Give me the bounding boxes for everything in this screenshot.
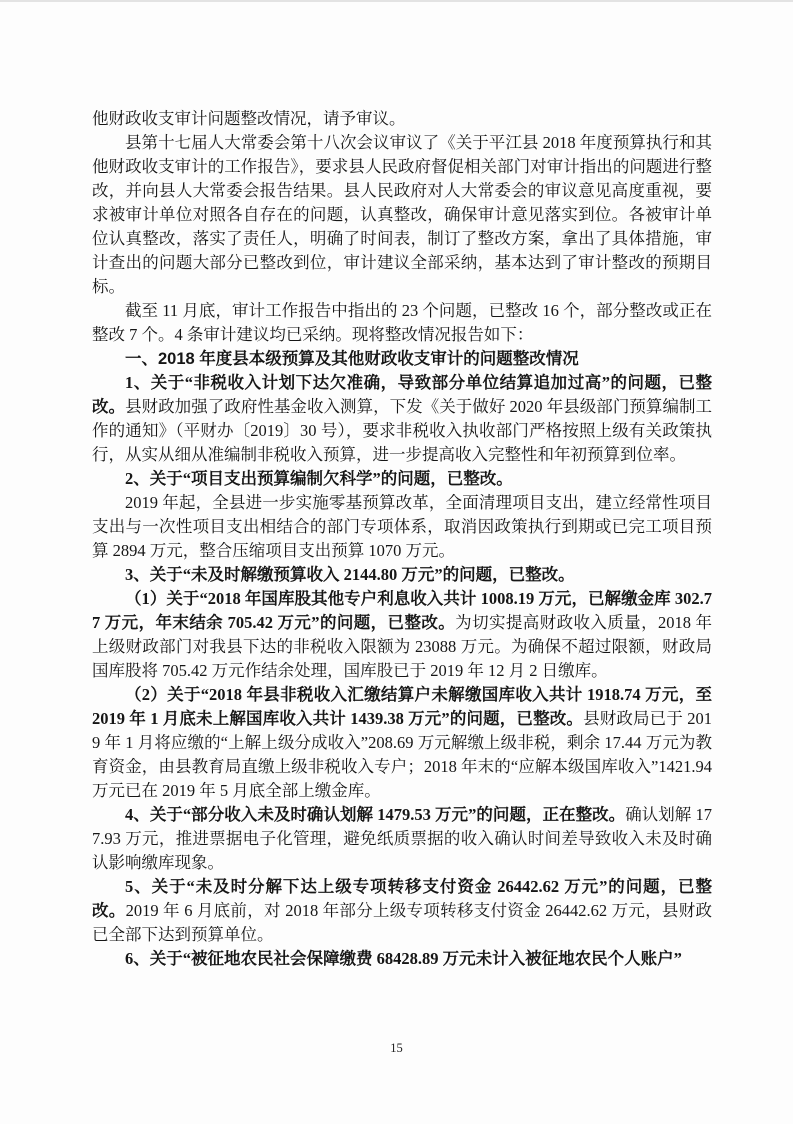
paragraph-progress-summary: 截至 11 月底，审计工作报告中指出的 23 个问题，已整改 16 个，部分整改… [92,299,712,347]
section-1-heading: 一、2018 年度县本级预算及其他财政收支审计的问题整改情况 [92,347,712,371]
item-3-sub-1-paragraph: （1）关于“2018 年国库股其他专户利息收入共计 1008.19 万元，已解缴… [92,587,712,683]
item-4-paragraph: 4、关于“部分收入未及时确认划解 1479.53 万元”的问题，正在整改。确认划… [92,803,712,875]
page-number: 15 [390,1041,403,1055]
item-1-paragraph: 1、关于“非税收入计划下达欠准确，导致部分单位结算追加过高”的问题，已整改。县财… [92,371,712,467]
document-page: 他财政收支审计问题整改情况，请予审议。 县第十七届人大常委会第十八次会议审议了《… [0,0,793,1124]
item-4-lead: 4、关于“部分收入未及时确认划解 1479.53 万元”的问题，正在整改。 [125,805,625,824]
item-5-paragraph: 5、关于“未及时分解下达上级专项转移支付资金 26442.62 万元”的问题，已… [92,875,712,947]
page-footer: 15 [0,1039,793,1057]
item-5-body: 2019 年 6 月底前，对 2018 年部分上级专项转移支付资金 26442.… [92,901,712,944]
paragraph-continuation: 他财政收支审计问题整改情况，请予审议。 [92,107,712,131]
item-1-body: 县财政加强了政府性基金收入测算，下发《关于做好 2020 年县级部门预算编制工作… [92,397,712,464]
item-2-paragraph: 2、关于“项目支出预算编制欠科学”的问题，已整改。 [92,467,712,491]
item-3-lead: 3、关于“未及时解缴预算收入 2144.80 万元”的问题，已整改。 [125,565,575,584]
document-body: 他财政收支审计问题整改情况，请予审议。 县第十七届人大常委会第十八次会议审议了《… [92,107,712,971]
item-3-sub-2-paragraph: （2）关于“2018 年县非税收入汇缴结算户未解缴国库收入共计 1918.74 … [92,683,712,803]
item-6-lead: 6、关于“被征地农民社会保障缴费 68428.89 万元未计入被征地农民个人账户… [125,949,682,968]
item-2-body-paragraph: 2019 年起，全县进一步实施零基预算改革，全面清理项目支出，建立经常性项目支出… [92,491,712,563]
paragraph-intro: 县第十七届人大常委会第十八次会议审议了《关于平江县 2018 年度预算执行和其他… [92,131,712,299]
item-3-paragraph: 3、关于“未及时解缴预算收入 2144.80 万元”的问题，已整改。 [92,563,712,587]
item-2-lead: 2、关于“项目支出预算编制欠科学”的问题，已整改。 [125,469,513,488]
item-6-paragraph: 6、关于“被征地农民社会保障缴费 68428.89 万元未计入被征地农民个人账户… [92,947,712,971]
